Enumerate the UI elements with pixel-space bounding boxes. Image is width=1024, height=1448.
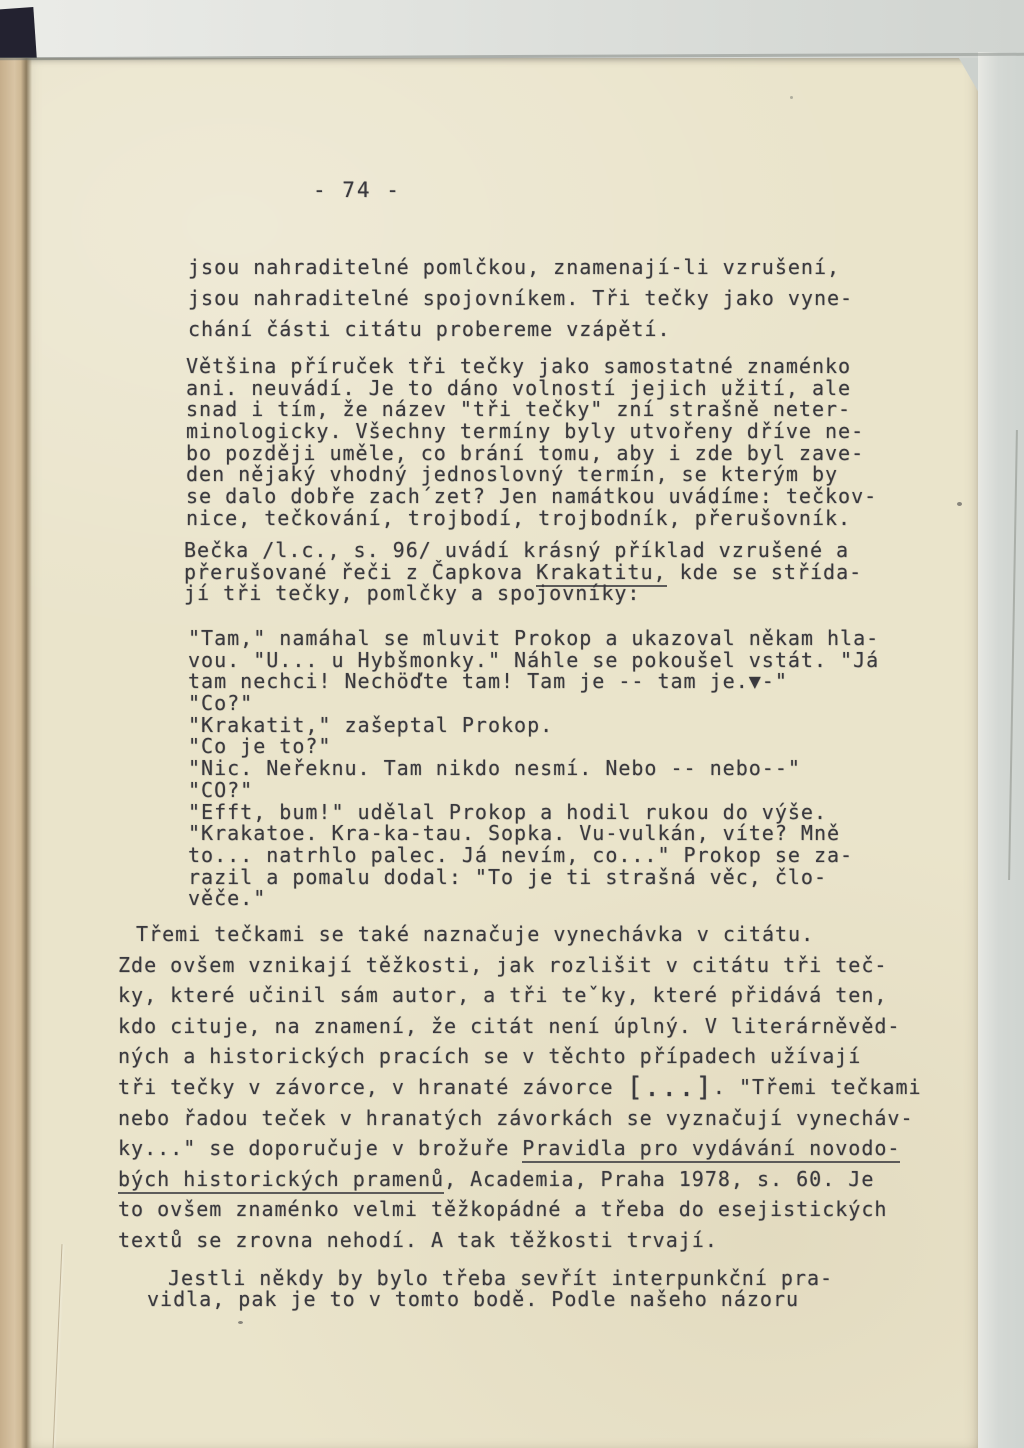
dialogue-line: "Co?" (188, 693, 879, 715)
paragraph-line: ani. neuvádí. Je to dáno volností jejich… (186, 378, 877, 400)
paragraph-line: vidla, pak je to v tomto bodě. Podle naš… (147, 1289, 833, 1310)
paragraph-line: chání části citátu probereme vzápětí. (188, 314, 853, 345)
paragraph-manuals: Většina příruček tři tečky jako samostat… (186, 356, 877, 530)
dialogue-line: "Krakatit," zašeptal Prokop. (188, 715, 879, 737)
paragraph-line: minologicky. Všechny termíny byly utvoře… (186, 421, 877, 443)
line-segment: kde se střída- (667, 560, 863, 584)
paragraph-line: se dalo dobře zach´zet? Jen namátkou uvá… (186, 486, 877, 508)
ink-speck (238, 1321, 243, 1324)
dialogue-line: "Krakatoe. Kra-ka-tau. Sopka. Vu-vulkán,… (188, 823, 879, 845)
paragraph-line: ky, které učinil sám autor, a tři teˇky,… (118, 980, 922, 1011)
line-segment: tři tečky v závorce, v hranaté závorce (118, 1075, 627, 1099)
paragraph-becka: Bečka /l.c., s. 96/ uvádí krásný příklad… (184, 540, 862, 605)
dialogue-line: tam nechci! Nechöďte tam! Tam je -- tam … (188, 671, 879, 693)
underlined-publication-title: Pravidla pro vydávání novodo- (522, 1136, 900, 1163)
dialogue-line: "CO?" (188, 780, 879, 802)
paragraph-line: nebo řadou teček v hranatých závorkách s… (118, 1103, 922, 1134)
document-scan: - 74 - jsou nahraditelné pomlčkou, zname… (0, 0, 1024, 1448)
paragraph-line: jsou nahraditelné pomlčkou, znamenají-li… (188, 252, 853, 283)
dialogue-line: razil a pomalu dodal: "To je ti strašná … (188, 867, 879, 889)
line-segment: přerušované řeči z Čapkova (184, 560, 536, 584)
underlying-page-edge (978, 52, 1024, 1448)
paragraph-line: Třemi tečkami se také naznačuje vynecháv… (118, 919, 922, 950)
underlined-publication-title: bých historických pramenů (118, 1167, 444, 1194)
paragraph-line: Bečka /l.c., s. 96/ uvádí krásný příklad… (184, 540, 862, 562)
dialogue-excerpt: "Tam," namáhal se mluvit Prokop a ukazov… (188, 628, 879, 910)
ink-speck (790, 96, 793, 99)
scanner-background-band (0, 0, 1024, 58)
dialogue-line: "Tam," namáhal se mluvit Prokop a ukazov… (188, 628, 879, 650)
line-segment: . "Třemi tečkami (713, 1075, 922, 1099)
paragraph-line: Většina příruček tři tečky jako samostat… (186, 356, 877, 378)
paragraph-line: to ovšem znaménko velmi těžkopádné a tře… (118, 1194, 922, 1225)
page-number: - 74 - (313, 178, 401, 202)
dialogue-line: "Efft, bum!" udělal Prokop a hodil rukou… (188, 802, 879, 824)
square-bracket-ellipsis: [...] (627, 1072, 713, 1103)
paragraph-line: ky..." se doporučuje v brožuře Pravidla … (118, 1133, 922, 1164)
paragraph-line: den nějaký vhodný jednoslovný termín, se… (186, 464, 877, 486)
dialogue-line: vou. "U... u Hybšmonky." Náhle se pokouš… (188, 650, 879, 672)
line-segment: ky..." se doporučuje v brožuře (118, 1136, 522, 1160)
paragraph-line: snad i tím, že název "tři tečky" zní str… (186, 399, 877, 421)
dialogue-line: "Co je to?" (188, 736, 879, 758)
paragraph-line: ných a historických pracích se v těchto … (118, 1041, 922, 1072)
paragraph-line: jsou nahraditelné spojovníkem. Tři tečky… (188, 283, 853, 314)
dialogue-line: věče." (188, 888, 879, 910)
paragraph-line: textů se zrovna nehodí. A tak těžkosti t… (118, 1225, 922, 1256)
line-segment: , Academia, Praha 1978, s. 60. Je (444, 1167, 874, 1191)
paragraph-intro: jsou nahraditelné pomlčkou, znamenají-li… (188, 252, 853, 345)
paragraph-line: kdo cituje, na znamení, že citát není úp… (118, 1011, 922, 1042)
paragraph-line: bých historických pramenů, Academia, Pra… (118, 1164, 922, 1195)
paragraph-line: nice, tečkování, trojbodí, trojbodník, p… (186, 508, 877, 530)
dialogue-line: "Nic. Neřeknu. Tam nikdo nesmí. Nebo -- … (188, 758, 879, 780)
paragraph-line: jí tři tečky, pomlčky a spojovníky: (184, 583, 862, 605)
ink-speck (957, 502, 962, 506)
paragraph-line: Zde ovšem vznikají těžkosti, jak rozliši… (118, 950, 922, 981)
paragraph-line: tři tečky v závorce, v hranaté závorce [… (118, 1072, 922, 1103)
paragraph-jestli: Jestli někdy by bylo třeba sevřít interp… (147, 1268, 833, 1310)
dialogue-line: to... natrhlo palec. Já nevím, co..." Pr… (188, 845, 879, 867)
page-left-edge (0, 58, 32, 1448)
paragraph-line: Jestli někdy by bylo třeba sevřít interp… (147, 1268, 833, 1289)
paragraph-line: bo později uměle, co brání tomu, aby i z… (186, 443, 877, 465)
paragraph-tremi: Třemi tečkami se také naznačuje vynecháv… (118, 919, 922, 1256)
paragraph-line: přerušované řeči z Čapkova Krakatitu, kd… (184, 562, 862, 584)
